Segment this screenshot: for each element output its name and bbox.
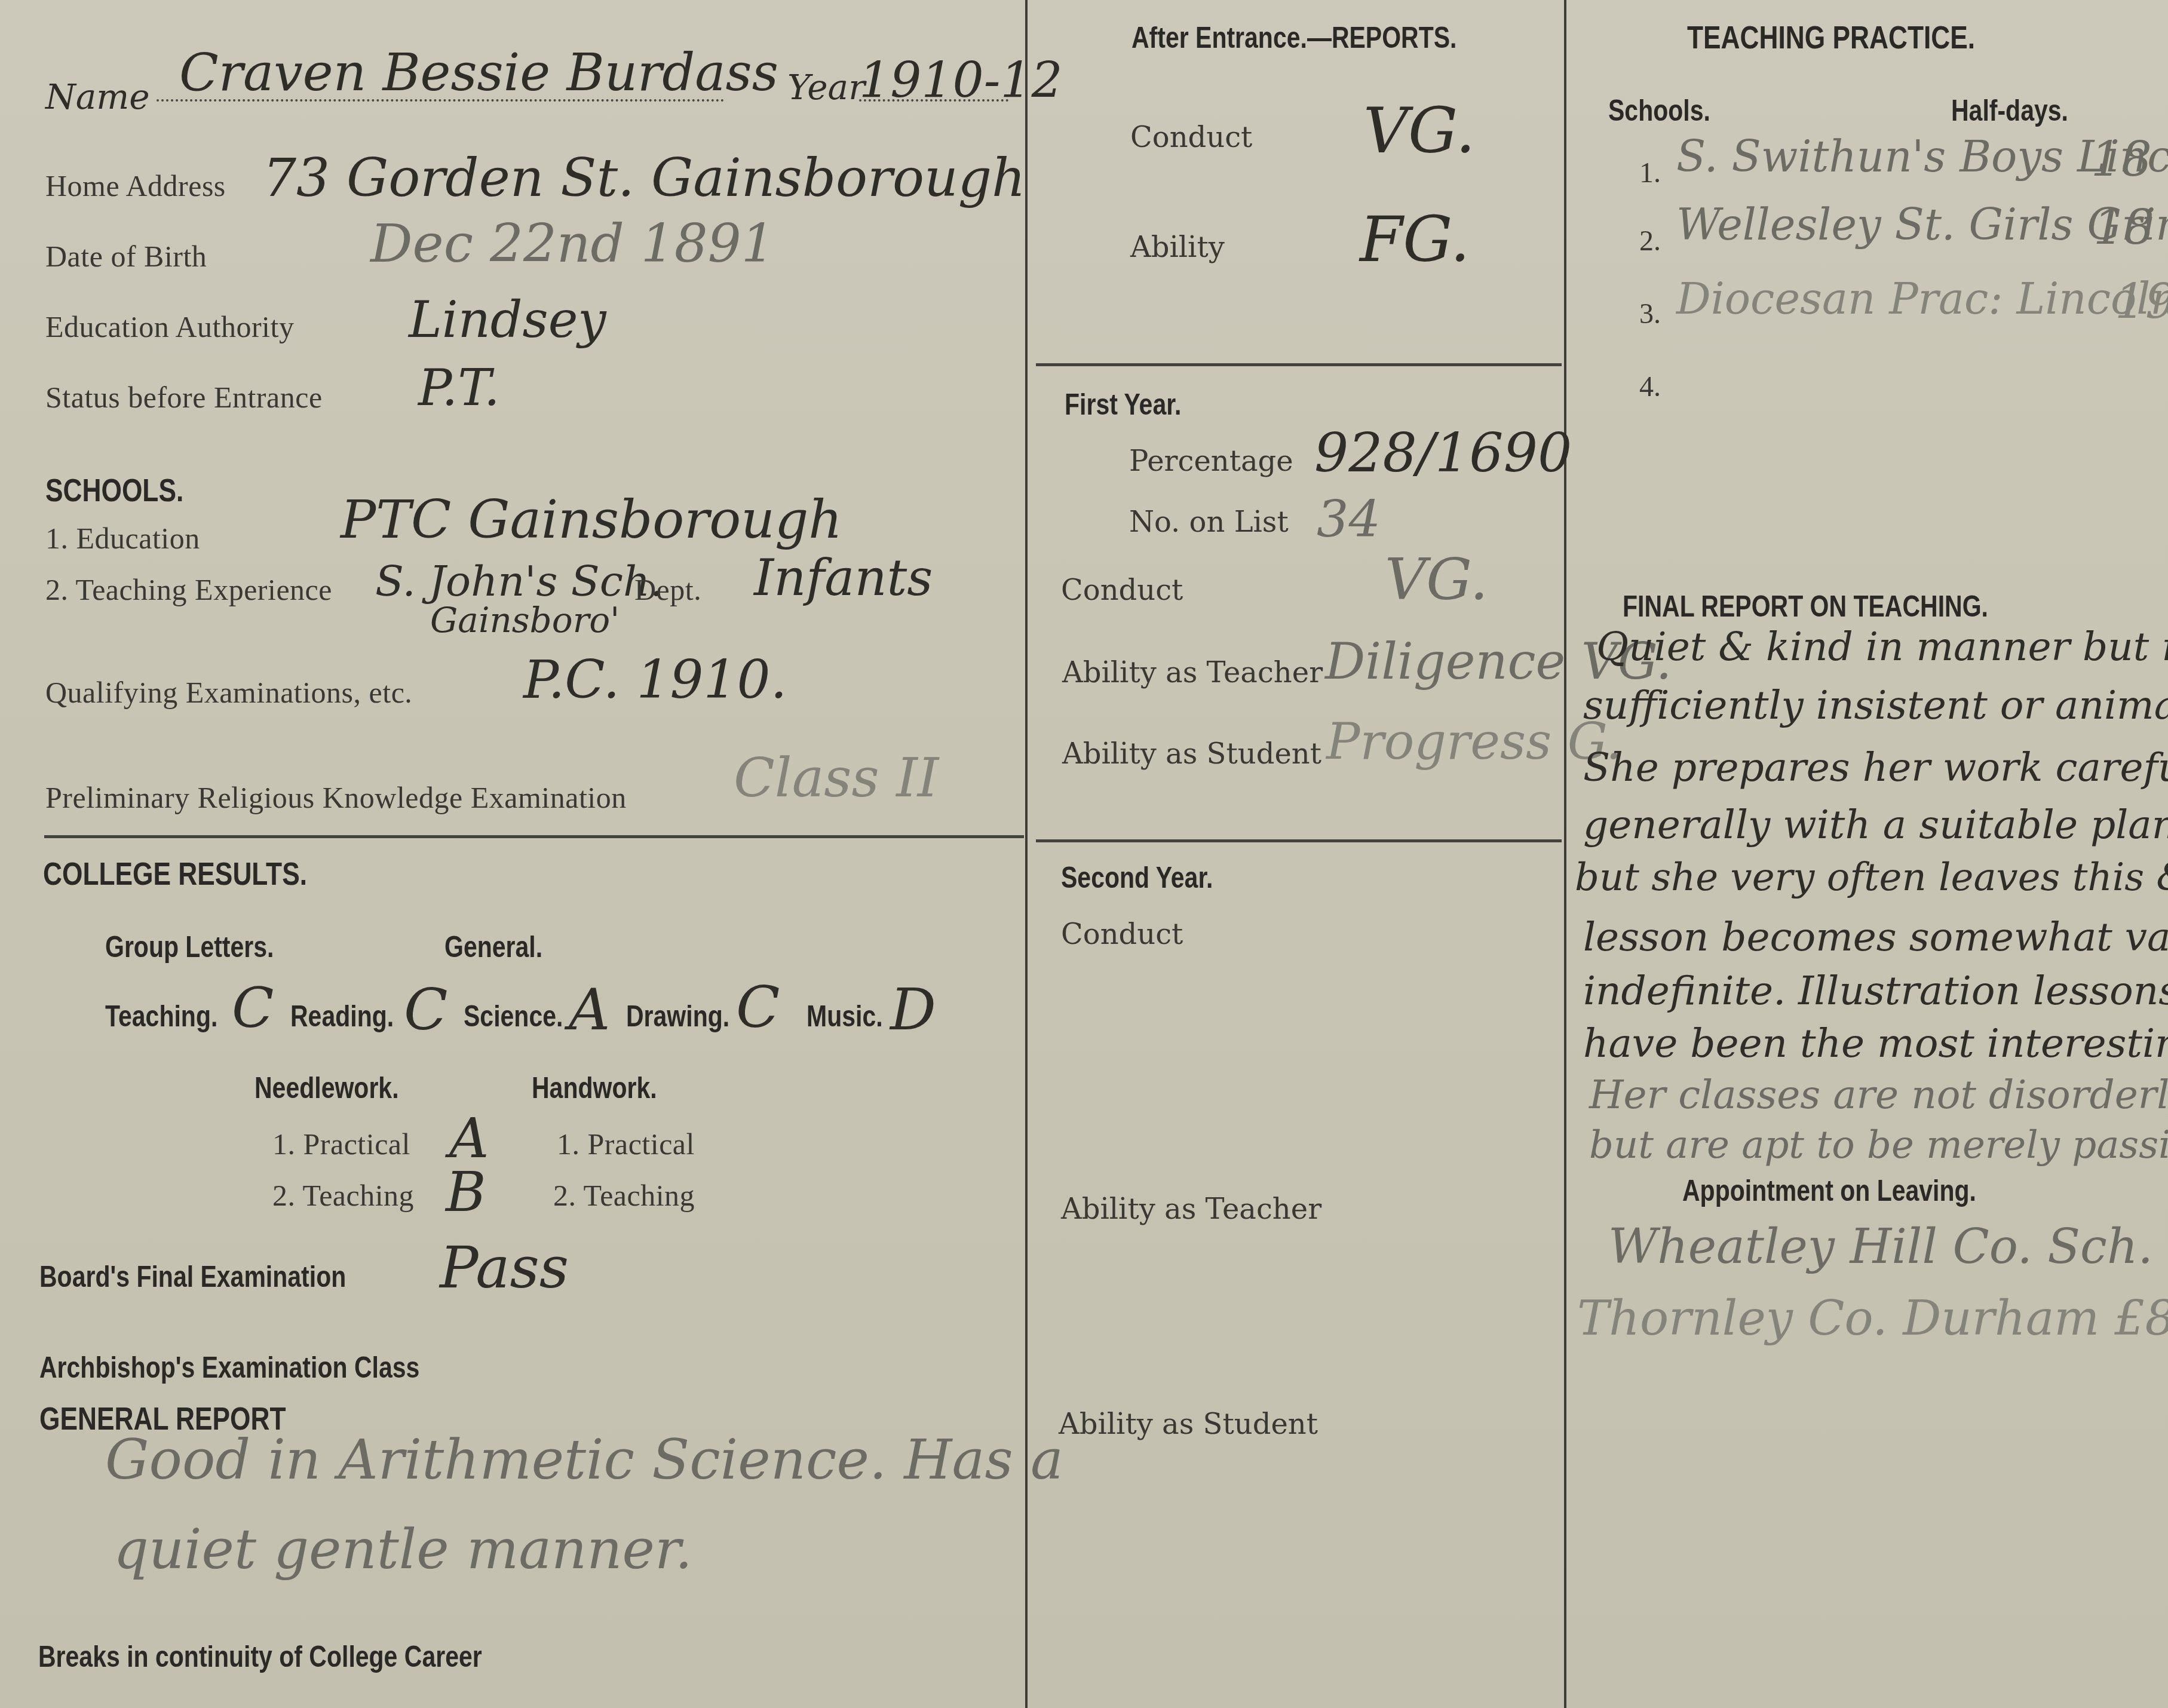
- education-value: PTC Gainsborough: [341, 489, 842, 550]
- subject-reading-label: Reading.: [290, 999, 394, 1034]
- year-value: 1910-12: [859, 53, 1063, 109]
- name-label: Name: [45, 76, 150, 117]
- second-year-ability-student-label: Ability as Student: [1059, 1408, 1318, 1441]
- home-address-label: Home Address: [45, 168, 226, 203]
- tp-row-half-days: 18: [2093, 200, 2154, 255]
- college-results-heading: COLLEGE RESULTS.: [43, 855, 307, 893]
- schools-heading: SCHOOLS.: [45, 472, 183, 509]
- second-year-conduct-label: Conduct: [1061, 918, 1183, 951]
- qualifying-exams-value: P.C. 1910.: [523, 649, 787, 710]
- appointment-heading: Appointment on Leaving.: [1682, 1173, 1976, 1208]
- appointment-line-1: Wheatley Hill Co. Sch.: [1608, 1219, 2153, 1274]
- subject-reading-grade: C: [404, 976, 447, 1043]
- tp-row-number: 3.: [1639, 298, 1661, 330]
- tp-row-half-days: 18: [2091, 131, 2152, 187]
- handwork-heading: Handwork.: [532, 1071, 657, 1105]
- boards-final-label: Board's Final Examination: [39, 1259, 346, 1294]
- subject-science-label: Science.: [464, 999, 563, 1034]
- final-report-line: but she very often leaves this & her: [1575, 855, 2168, 900]
- name-value: Craven Bessie Burdass: [179, 43, 778, 103]
- final-report-line: indefinite. Illustration lessons: [1583, 968, 2168, 1014]
- dob-label: Date of Birth: [45, 239, 207, 274]
- percentage-label: Percentage: [1129, 444, 1293, 478]
- percentage-value: 928/1690: [1314, 422, 1572, 485]
- religious-exam-label: Preliminary Religious Knowledge Examinat…: [45, 780, 627, 815]
- no-on-list-value: 34: [1317, 490, 1381, 548]
- tp-row-number: 2.: [1639, 225, 1661, 257]
- needlework-practical-label: 1. Practical: [272, 1127, 410, 1161]
- breaks-label: Breaks in continuity of College Career: [38, 1639, 482, 1674]
- ability-as-student-value: Progress G.: [1326, 712, 1622, 771]
- education-authority-value: Lindsey: [409, 290, 606, 349]
- subject-teaching-label: Teaching.: [105, 999, 217, 1034]
- year-label: Year: [787, 67, 865, 108]
- divider-left-college-results: [44, 835, 1024, 838]
- after-entrance-heading: After Entrance.—REPORTS.: [1131, 20, 1456, 55]
- final-report-line: have been the most interesting.: [1583, 1020, 2168, 1066]
- second-year-ability-teacher-label: Ability as Teacher: [1061, 1192, 1321, 1226]
- status-before-entrance-value: P.T.: [418, 358, 500, 417]
- dept-value: Infants: [754, 548, 933, 607]
- archbishop-exam-label: Archbishop's Examination Class: [39, 1350, 419, 1385]
- column-divider-right: [1564, 0, 1566, 1708]
- first-year-conduct-label: Conduct: [1061, 574, 1183, 607]
- divider-mid-second-year: [1036, 839, 1562, 842]
- final-report-line: generally with a suitable plan: [1583, 802, 2168, 848]
- general-label: General.: [444, 930, 542, 964]
- needlework-teaching-label: 2. Teaching: [272, 1178, 414, 1213]
- final-report-line: sufficiently insistent or animated.: [1583, 682, 2168, 728]
- qualifying-exams-label: Qualifying Examinations, etc.: [45, 675, 412, 710]
- first-year-heading: First Year.: [1065, 387, 1181, 422]
- handwork-practical-label: 1. Practical: [557, 1127, 695, 1161]
- final-report-line: Her classes are not disorderly: [1589, 1072, 2168, 1118]
- after-entrance-conduct-label: Conduct: [1130, 121, 1252, 154]
- subject-teaching-grade: C: [232, 976, 274, 1040]
- first-year-conduct-value: VG.: [1385, 546, 1488, 613]
- needlework-teaching-grade: B: [446, 1160, 486, 1224]
- subject-drawing-grade: C: [736, 974, 780, 1041]
- tp-schools-col-label: Schools.: [1608, 93, 1710, 128]
- education-label: 1. Education: [45, 521, 200, 556]
- teaching-experience-value-town: Gainsboro': [430, 600, 620, 640]
- final-report-line: Quiet & kind in manner but not: [1596, 624, 2168, 670]
- final-report-line: She prepares her work carefully,: [1583, 744, 2168, 790]
- ability-as-teacher-label: Ability as Teacher: [1062, 656, 1323, 689]
- after-entrance-ability-value: FG.: [1360, 203, 1470, 276]
- religious-exam-value: Class II: [734, 747, 939, 809]
- tp-row-number: 1.: [1639, 157, 1661, 189]
- group-letters-label: Group Letters.: [105, 930, 274, 964]
- after-entrance-conduct-value: VG.: [1363, 94, 1476, 167]
- home-address-value: 73 Gorden St. Gainsborough: [263, 147, 1026, 208]
- subject-science-grade: A: [569, 976, 610, 1043]
- dob-value: Dec 22nd 1891: [370, 213, 775, 274]
- dept-label: Dept.: [634, 572, 701, 607]
- tp-half-days-col-label: Half-days.: [1951, 93, 2068, 128]
- tp-row-school: Diocesan Prac: Lincoln: [1676, 274, 2168, 324]
- appointment-line-2: Thornley Co. Durham £80.: [1577, 1290, 2168, 1346]
- handwork-teaching-label: 2. Teaching: [553, 1178, 695, 1213]
- teaching-experience-value: S. John's Sch.: [375, 557, 663, 606]
- teaching-experience-label: 2. Teaching Experience: [45, 572, 332, 607]
- needlework-heading: Needlework.: [254, 1071, 399, 1105]
- subject-music-label: Music.: [807, 999, 883, 1034]
- final-report-heading: FINAL REPORT ON TEACHING.: [1623, 589, 1988, 624]
- no-on-list-label: No. on List: [1129, 505, 1289, 539]
- record-card: Name Craven Bessie Burdass Year 1910-12 …: [0, 0, 2168, 1708]
- education-authority-label: Education Authority: [45, 309, 294, 344]
- general-report-line-1: Good in Arithmetic Science. Has a: [105, 1425, 1063, 1495]
- tp-row-number: 4.: [1639, 370, 1661, 403]
- ability-as-student-label: Ability as Student: [1062, 737, 1321, 771]
- status-before-entrance-label: Status before Entrance: [45, 380, 323, 415]
- subject-drawing-label: Drawing.: [626, 999, 729, 1034]
- boards-final-value: Pass: [440, 1234, 569, 1301]
- teaching-practice-heading: TEACHING PRACTICE.: [1687, 19, 1975, 56]
- second-year-heading: Second Year.: [1061, 860, 1213, 895]
- final-report-line: lesson becomes somewhat vague &: [1583, 914, 2168, 960]
- after-entrance-ability-label: Ability: [1130, 231, 1225, 264]
- subject-music-grade: D: [890, 976, 936, 1043]
- divider-mid-first-year: [1036, 363, 1562, 366]
- final-report-line: but are apt to be merely passive.: [1589, 1123, 2168, 1167]
- general-report-line-2: quiet gentle manner.: [114, 1515, 692, 1584]
- tp-row-half-days: 19: [2115, 274, 2168, 329]
